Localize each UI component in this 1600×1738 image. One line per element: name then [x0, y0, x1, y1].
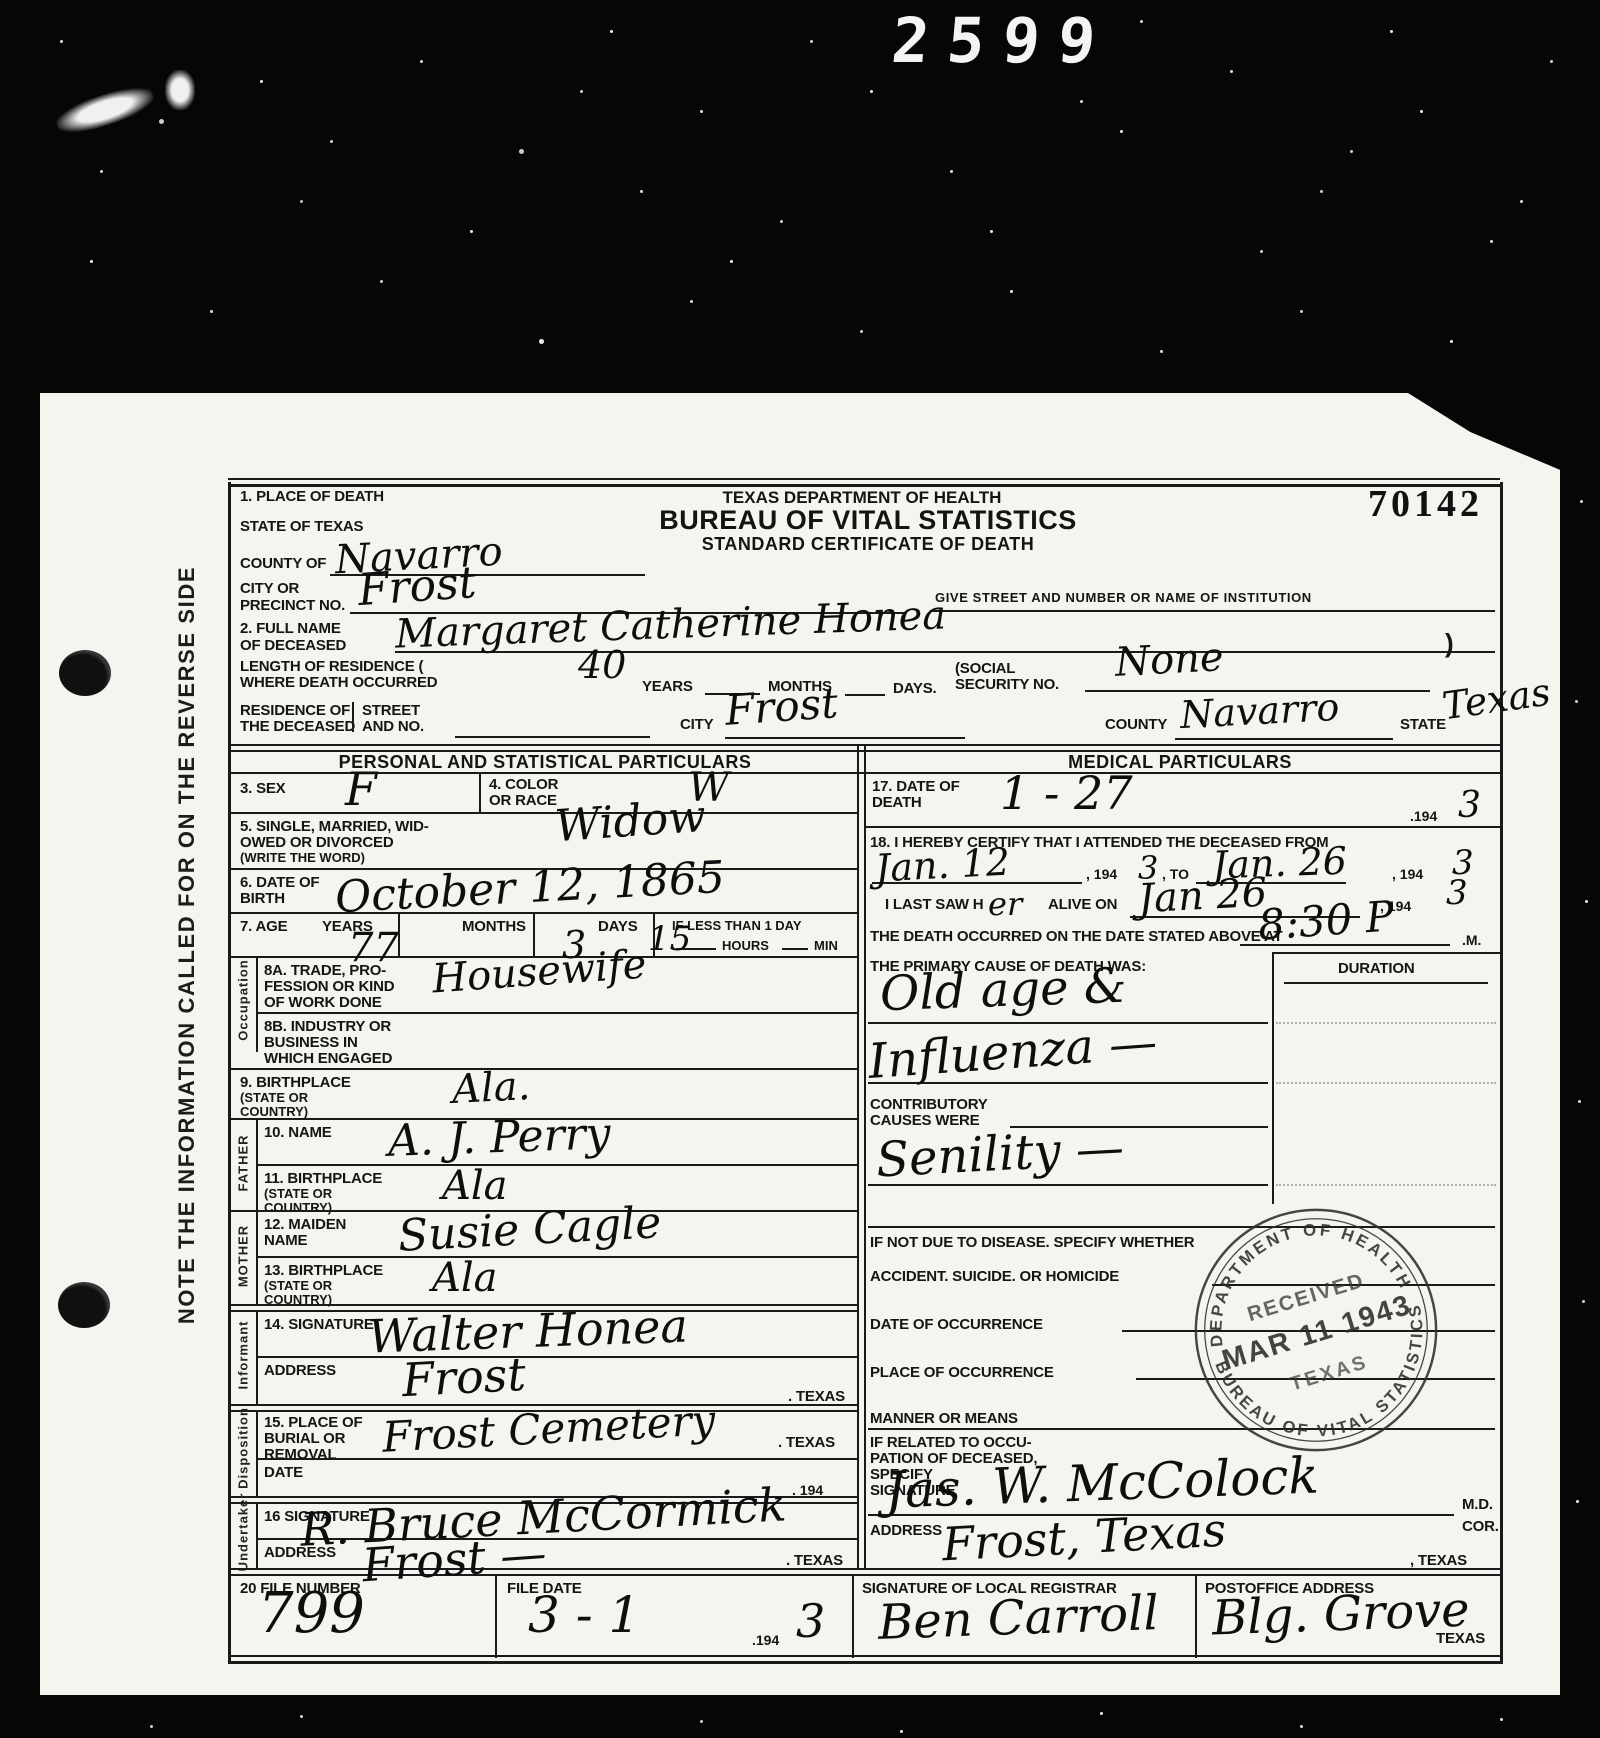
dod-label2: DEATH	[872, 794, 922, 811]
burial-label3: REMOVAL	[264, 1446, 337, 1463]
mother-side-label: MOTHER	[236, 1225, 251, 1287]
rule	[228, 1068, 858, 1070]
rule	[1195, 1574, 1197, 1658]
years-label: YEARS	[642, 678, 693, 695]
undertaker-addr-value: Frost —	[361, 1530, 548, 1589]
fullname-label1: 2. FULL NAME	[240, 620, 341, 637]
cause1-value: Old age &	[879, 962, 1127, 1019]
marital-label1: 5. SINGLE, MARRIED, WID-	[240, 818, 429, 835]
margin-note: NOTE THE INFORMATION CALLED FOR ON THE R…	[174, 566, 200, 1324]
rule	[256, 1164, 858, 1166]
accident-label: ACCIDENT. SUICIDE. OR HOMICIDE	[870, 1268, 1119, 1285]
age-months-label: MONTHS	[462, 918, 526, 935]
occurred-label: THE DEATH OCCURRED ON THE DATE STATED AB…	[870, 928, 1282, 945]
marital-label3: (WRITE THE WORD)	[240, 850, 365, 865]
place-of-death-label: 1. PLACE OF DEATH	[240, 488, 384, 505]
informant-sig-value: Walter Honea	[367, 1302, 688, 1359]
rule	[864, 826, 1500, 828]
rule	[1276, 1082, 1496, 1084]
manner-label: MANNER OR MEANS	[870, 1410, 1018, 1427]
m-label: .M.	[1462, 932, 1481, 948]
job-label2: FESSION OR KIND	[264, 978, 394, 995]
color-label2: OR RACE	[489, 792, 557, 809]
city2-label: CITY	[680, 716, 713, 733]
rule	[864, 744, 866, 1568]
file-date-year-hand: 3	[796, 1598, 825, 1644]
file-date-value: 3 - 1	[528, 1590, 640, 1640]
undertaker-texas-label: . TEXAS	[786, 1552, 843, 1569]
age-days-value: 15	[648, 922, 691, 956]
color-label1: 4. COLOR	[489, 776, 558, 793]
rule	[256, 1012, 858, 1014]
hours-label: HOURS	[722, 938, 769, 953]
rule	[1272, 952, 1500, 954]
birthplace-label3: COUNTRY)	[240, 1104, 308, 1119]
residence2-label1: RESIDENCE OF	[240, 702, 350, 719]
place-occurrence-label: PLACE OF OCCURRENCE	[870, 1364, 1054, 1381]
physician-addr-label: ADDRESS	[870, 1522, 942, 1539]
date-occurrence-label: DATE OF OCCURRENCE	[870, 1316, 1043, 1333]
dod-value: 1 - 27	[1000, 770, 1133, 816]
scan-smudge	[165, 70, 195, 110]
county2-label: COUNTY	[1105, 716, 1167, 733]
maiden-label1: 12. MAIDEN	[264, 1216, 346, 1233]
scan-smudge	[53, 80, 157, 139]
if-less-label: IF LESS THAN 1 DAY	[672, 918, 802, 933]
burial-date-label: DATE	[264, 1464, 303, 1481]
industry-label1: 8B. INDUSTRY OR	[264, 1018, 391, 1035]
birthplace-label1: 9. BIRTHPLACE	[240, 1074, 351, 1091]
attended-from-value: Jan. 12	[874, 842, 1011, 887]
rule	[228, 478, 1500, 480]
scanned-death-certificate: 2599 NOTE THE INFORMATION CALLED FOR ON …	[0, 0, 1600, 1738]
rule	[1175, 738, 1393, 740]
min-label: MIN	[814, 938, 838, 953]
contrib-value: Senility —	[875, 1124, 1125, 1185]
duration-label: DURATION	[1338, 960, 1414, 977]
maiden-label2: NAME	[264, 1232, 307, 1249]
lastsaw-hand: er	[988, 888, 1022, 920]
rule	[495, 1574, 497, 1658]
informant-addr-value: Frost	[401, 1351, 527, 1403]
occupation-side-label: Occupation	[236, 959, 251, 1041]
rule	[782, 948, 808, 950]
dod-year-label: .194	[1410, 808, 1437, 824]
mother-bp-label2: (STATE OR	[264, 1278, 332, 1293]
rule	[228, 484, 1500, 487]
rule	[1500, 482, 1503, 1662]
state2-label: STATE	[1400, 716, 1446, 733]
dod-label1: 17. DATE OF	[872, 778, 960, 795]
rule	[256, 1256, 858, 1258]
ifnot-label: IF NOT DUE TO DISEASE. SPECIFY WHETHER	[870, 1234, 1194, 1251]
registrar-value: Ben Carroll	[877, 1589, 1159, 1647]
city-precinct-value: Frost	[357, 561, 478, 613]
father-bp-label1: 11. BIRTHPLACE	[264, 1170, 382, 1187]
contrib-label1: CONTRIBUTORY	[870, 1096, 988, 1113]
dob-label1: 6. DATE OF	[240, 874, 319, 891]
county-label: COUNTY OF	[240, 555, 326, 572]
postoffice-value: Blg. Grove	[1211, 1586, 1470, 1643]
close-paren: )	[1445, 628, 1453, 659]
to-year-label: , 194	[1392, 866, 1423, 882]
age-years-value: 77	[348, 928, 399, 968]
marital-value: Widow	[554, 795, 708, 849]
rule	[1284, 982, 1488, 984]
residence2-label2: THE DECEASED	[240, 718, 355, 735]
contrib-label2: CAUSES WERE	[870, 1112, 979, 1129]
batch-number: 2599	[889, 4, 1117, 77]
physician-addr-value: Frost, Texas	[941, 1507, 1227, 1568]
punch-hole	[58, 1282, 110, 1328]
rule	[1276, 1022, 1496, 1024]
certificate-number: 70142	[1368, 482, 1483, 526]
rule	[852, 1574, 854, 1658]
residence-years-value: 40	[578, 646, 626, 684]
rule	[1272, 952, 1274, 1204]
disposition-side-label: Disposition	[236, 1407, 251, 1489]
birthplace-label2: (STATE OR	[240, 1090, 308, 1105]
city-precinct-label2: PRECINCT NO.	[240, 597, 345, 614]
physician-texas-label: , TEXAS	[1410, 1552, 1467, 1569]
city2-value: Frost	[724, 682, 840, 732]
father-bp-label2: (STATE OR	[264, 1186, 332, 1201]
county2-value: Navarro	[1179, 688, 1340, 734]
burial-label2: BURIAL OR	[264, 1430, 345, 1447]
rule	[455, 736, 650, 738]
rule	[256, 1502, 258, 1568]
ssn-value: None	[1114, 637, 1224, 683]
residence-label1: LENGTH OF RESIDENCE (	[240, 658, 423, 675]
age-days-label: DAYS	[598, 918, 638, 935]
age-label: 7. AGE	[240, 918, 287, 935]
dob-label2: BIRTH	[240, 890, 285, 907]
lastsaw-year-hand: 3	[1446, 876, 1468, 910]
industry-label2: BUSINESS IN	[264, 1034, 358, 1051]
file-number-value: 799	[258, 1586, 365, 1642]
stamp-state-text: TEXAS	[1288, 1351, 1371, 1396]
from-year-label: , 194	[1086, 866, 1117, 882]
dept-line2: BUREAU OF VITAL STATISTICS	[659, 505, 1077, 536]
rule	[228, 482, 231, 1662]
residence-label2: WHERE DEATH OCCURRED	[240, 674, 437, 691]
rule	[479, 772, 481, 812]
street-label1: STREET	[362, 702, 420, 719]
informant-addr-label: ADDRESS	[264, 1362, 336, 1379]
scanner-noise	[0, 0, 3, 3]
dod-year-hand: 3	[1458, 788, 1481, 824]
mother-bp-label1: 13. BIRTHPLACE	[264, 1262, 383, 1279]
sex-value: F	[345, 766, 377, 812]
burial-label1: 15. PLACE OF	[264, 1414, 362, 1431]
undertaker-side-label: Undertaker	[236, 1493, 251, 1572]
sex-label: 3. SEX	[240, 780, 286, 797]
lastsaw-label2: ALIVE ON	[1048, 896, 1117, 913]
md-label: M.D.	[1462, 1496, 1493, 1513]
fullname-label2: OF DECEASED	[240, 637, 346, 654]
informant-texas-label: . TEXAS	[788, 1388, 845, 1405]
ssn-label1: (SOCIAL	[955, 660, 1015, 677]
rule	[930, 610, 1495, 612]
rule	[256, 1458, 858, 1460]
mother-bp-value: Ala	[432, 1258, 498, 1298]
lastsaw-value: Jan 26	[1137, 873, 1268, 920]
marital-label2: OWED OR DIVORCED	[240, 834, 393, 851]
industry-label3: WHICH ENGAGED	[264, 1050, 392, 1067]
rule	[352, 702, 354, 732]
cor-label: COR.	[1462, 1518, 1499, 1535]
father-side-label: FATHER	[236, 1134, 251, 1191]
punch-hole	[59, 650, 111, 696]
father-bp-value: Ala	[442, 1166, 508, 1206]
rule	[228, 812, 858, 814]
city-precinct-label: CITY OR	[240, 580, 299, 597]
rule	[256, 956, 258, 1052]
father-bp-label3: COUNTRY)	[264, 1200, 332, 1215]
birthplace-value: Ala.	[451, 1066, 531, 1110]
rule	[256, 1410, 258, 1496]
informant-sig-label: 14. SIGNATURE	[264, 1316, 374, 1333]
father-name-value: A. J. Perry	[387, 1112, 611, 1164]
related-label1: IF RELATED TO OCCU-	[870, 1434, 1031, 1451]
rule	[228, 1655, 1503, 1657]
street-label2: AND NO.	[362, 718, 424, 735]
rule	[228, 1661, 1503, 1664]
ssn-label2: SECURITY NO.	[955, 676, 1059, 693]
rule	[845, 694, 885, 696]
father-name-label: 10. NAME	[264, 1124, 332, 1141]
file-date-year-label: .194	[752, 1632, 779, 1648]
lastsaw-label1: I LAST SAW H	[885, 896, 983, 913]
state-of-texas-label: STATE OF TEXAS	[240, 518, 363, 535]
dept-line3: STANDARD CERTIFICATE OF DEATH	[702, 534, 1034, 555]
rule	[725, 737, 965, 739]
days-label: DAYS.	[893, 680, 936, 697]
job-label3: OF WORK DONE	[264, 994, 382, 1011]
informant-side-label: Informant	[236, 1321, 251, 1390]
institution-note: GIVE STREET AND NUMBER OR NAME OF INSTIT…	[935, 590, 1312, 605]
death-time-value: 8:30 P	[1257, 895, 1396, 946]
burial-texas-label: . TEXAS	[778, 1434, 835, 1451]
